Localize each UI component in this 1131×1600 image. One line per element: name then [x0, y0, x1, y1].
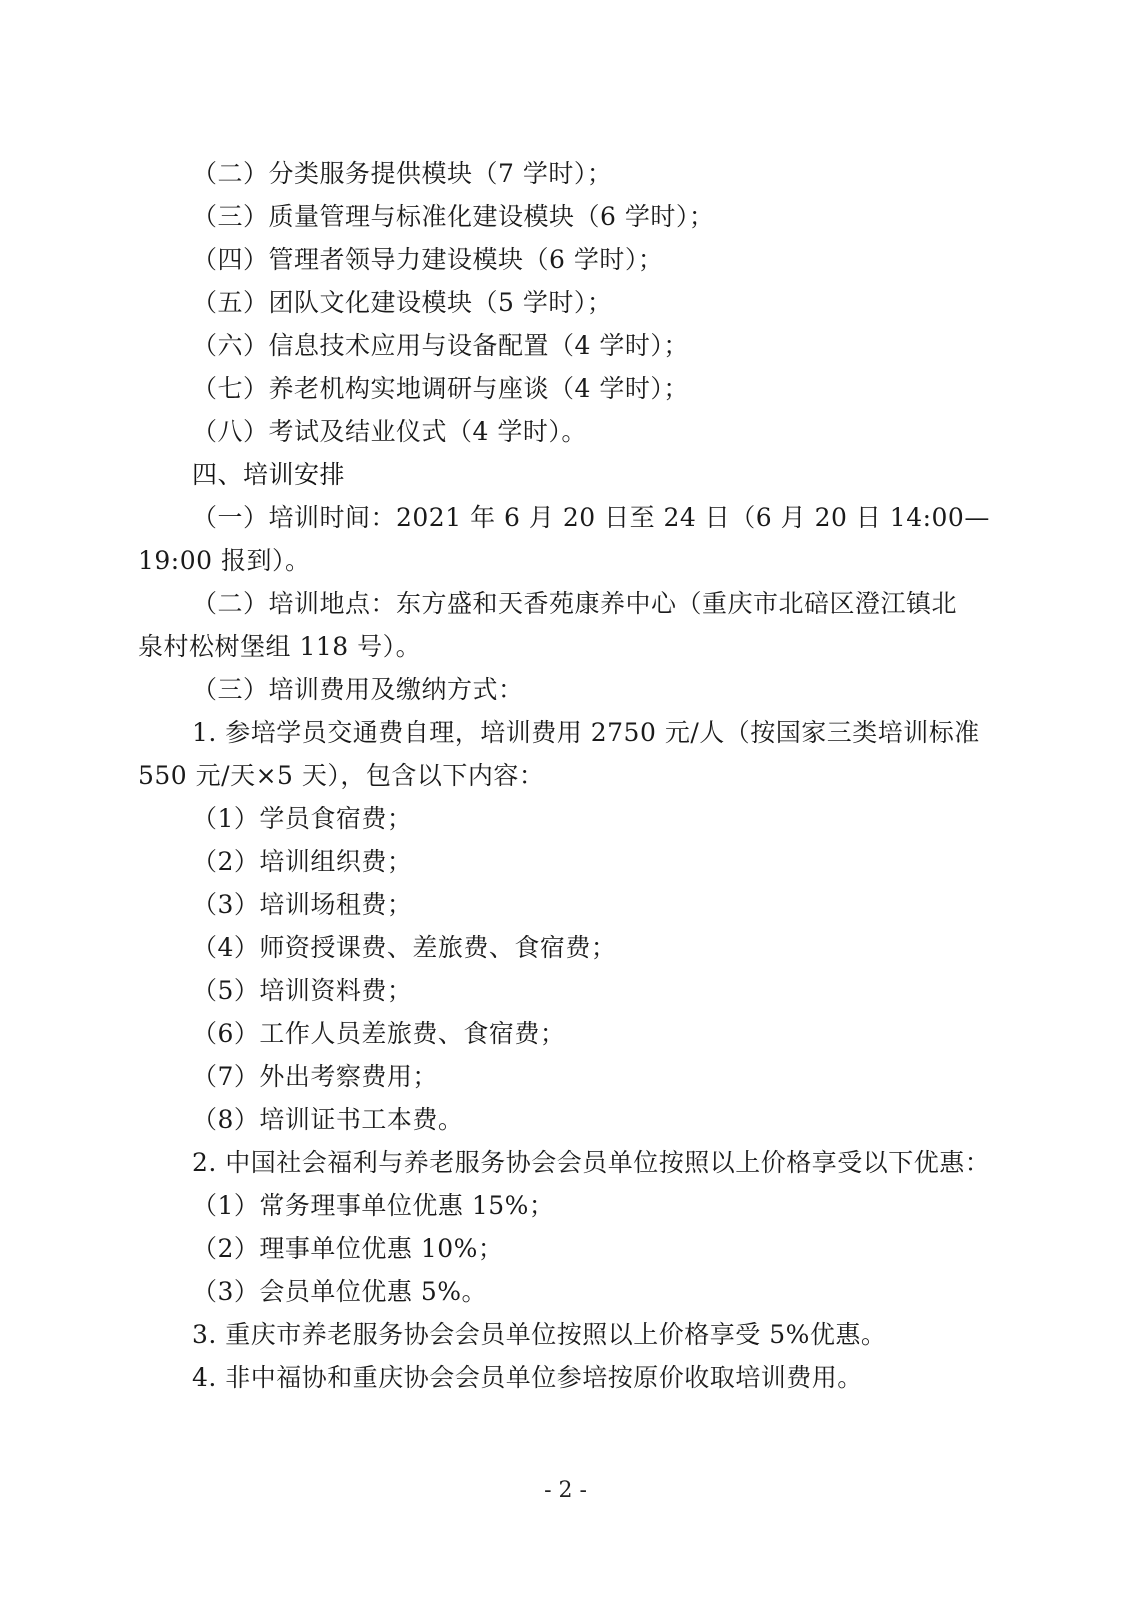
section-heading: 四、培训安排 [192, 459, 345, 491]
training-place-cont: 泉村松树堡组 118 号）。 [138, 631, 421, 663]
training-time-cont: 19:00 报到）。 [138, 545, 311, 577]
fee-content-item: （2）培训组织费； [192, 846, 412, 878]
fee-content-item: （5）培训资料费； [192, 975, 412, 1007]
page-number: - 2 - [0, 1478, 1131, 1503]
fee-item-4: 4. 非中福协和重庆协会会员单位参培按原价收取培训费用。 [192, 1362, 863, 1394]
discount-item: （1）常务理事单位优惠 15%； [192, 1190, 554, 1222]
discount-item: （3）会员单位优惠 5%。 [192, 1276, 487, 1308]
module-item: （二）分类服务提供模块（7 学时）； [192, 158, 612, 190]
training-time: （一）培训时间：2021 年 6 月 20 日至 24 日（6 月 20 日 1… [192, 502, 990, 534]
fee-content-item: （7）外出考察费用； [192, 1061, 438, 1093]
fee-content-item: （6）工作人员差旅费、食宿费； [192, 1018, 565, 1050]
module-item: （七）养老机构实地调研与座谈（4 学时）； [192, 373, 689, 405]
fee-content-item: （1）学员食宿费； [192, 803, 412, 835]
fee-content-item: （8）培训证书工本费。 [192, 1104, 463, 1136]
discount-item: （2）理事单位优惠 10%； [192, 1233, 503, 1265]
document-page: （二）分类服务提供模块（7 学时）； （三）质量管理与标准化建设模块（6 学时）… [0, 0, 1131, 1600]
fee-item-2: 2. 中国社会福利与养老服务协会会员单位按照以上价格享受以下优惠： [192, 1147, 990, 1179]
module-item: （五）团队文化建设模块（5 学时）； [192, 287, 612, 319]
fee-item-1: 1. 参培学员交通费自理，培训费用 2750 元/人（按国家三类培训标准 [192, 717, 980, 749]
module-item: （八）考试及结业仪式（4 学时）。 [192, 416, 587, 448]
fee-item-1-cont: 550 元/天×5 天），包含以下内容： [138, 760, 544, 792]
fee-item-3: 3. 重庆市养老服务协会会员单位按照以上价格享受 5%优惠。 [192, 1319, 886, 1351]
fee-content-item: （4）师资授课费、差旅费、食宿费； [192, 932, 616, 964]
module-item: （六）信息技术应用与设备配置（4 学时）； [192, 330, 689, 362]
fee-content-item: （3）培训场租费； [192, 889, 412, 921]
module-item: （三）质量管理与标准化建设模块（6 学时）； [192, 201, 714, 233]
fee-heading: （三）培训费用及缴纳方式： [192, 674, 524, 706]
training-place: （二）培训地点：东方盛和天香苑康养中心（重庆市北碚区澄江镇北 [192, 588, 957, 620]
module-item: （四）管理者领导力建设模块（6 学时）； [192, 244, 663, 276]
